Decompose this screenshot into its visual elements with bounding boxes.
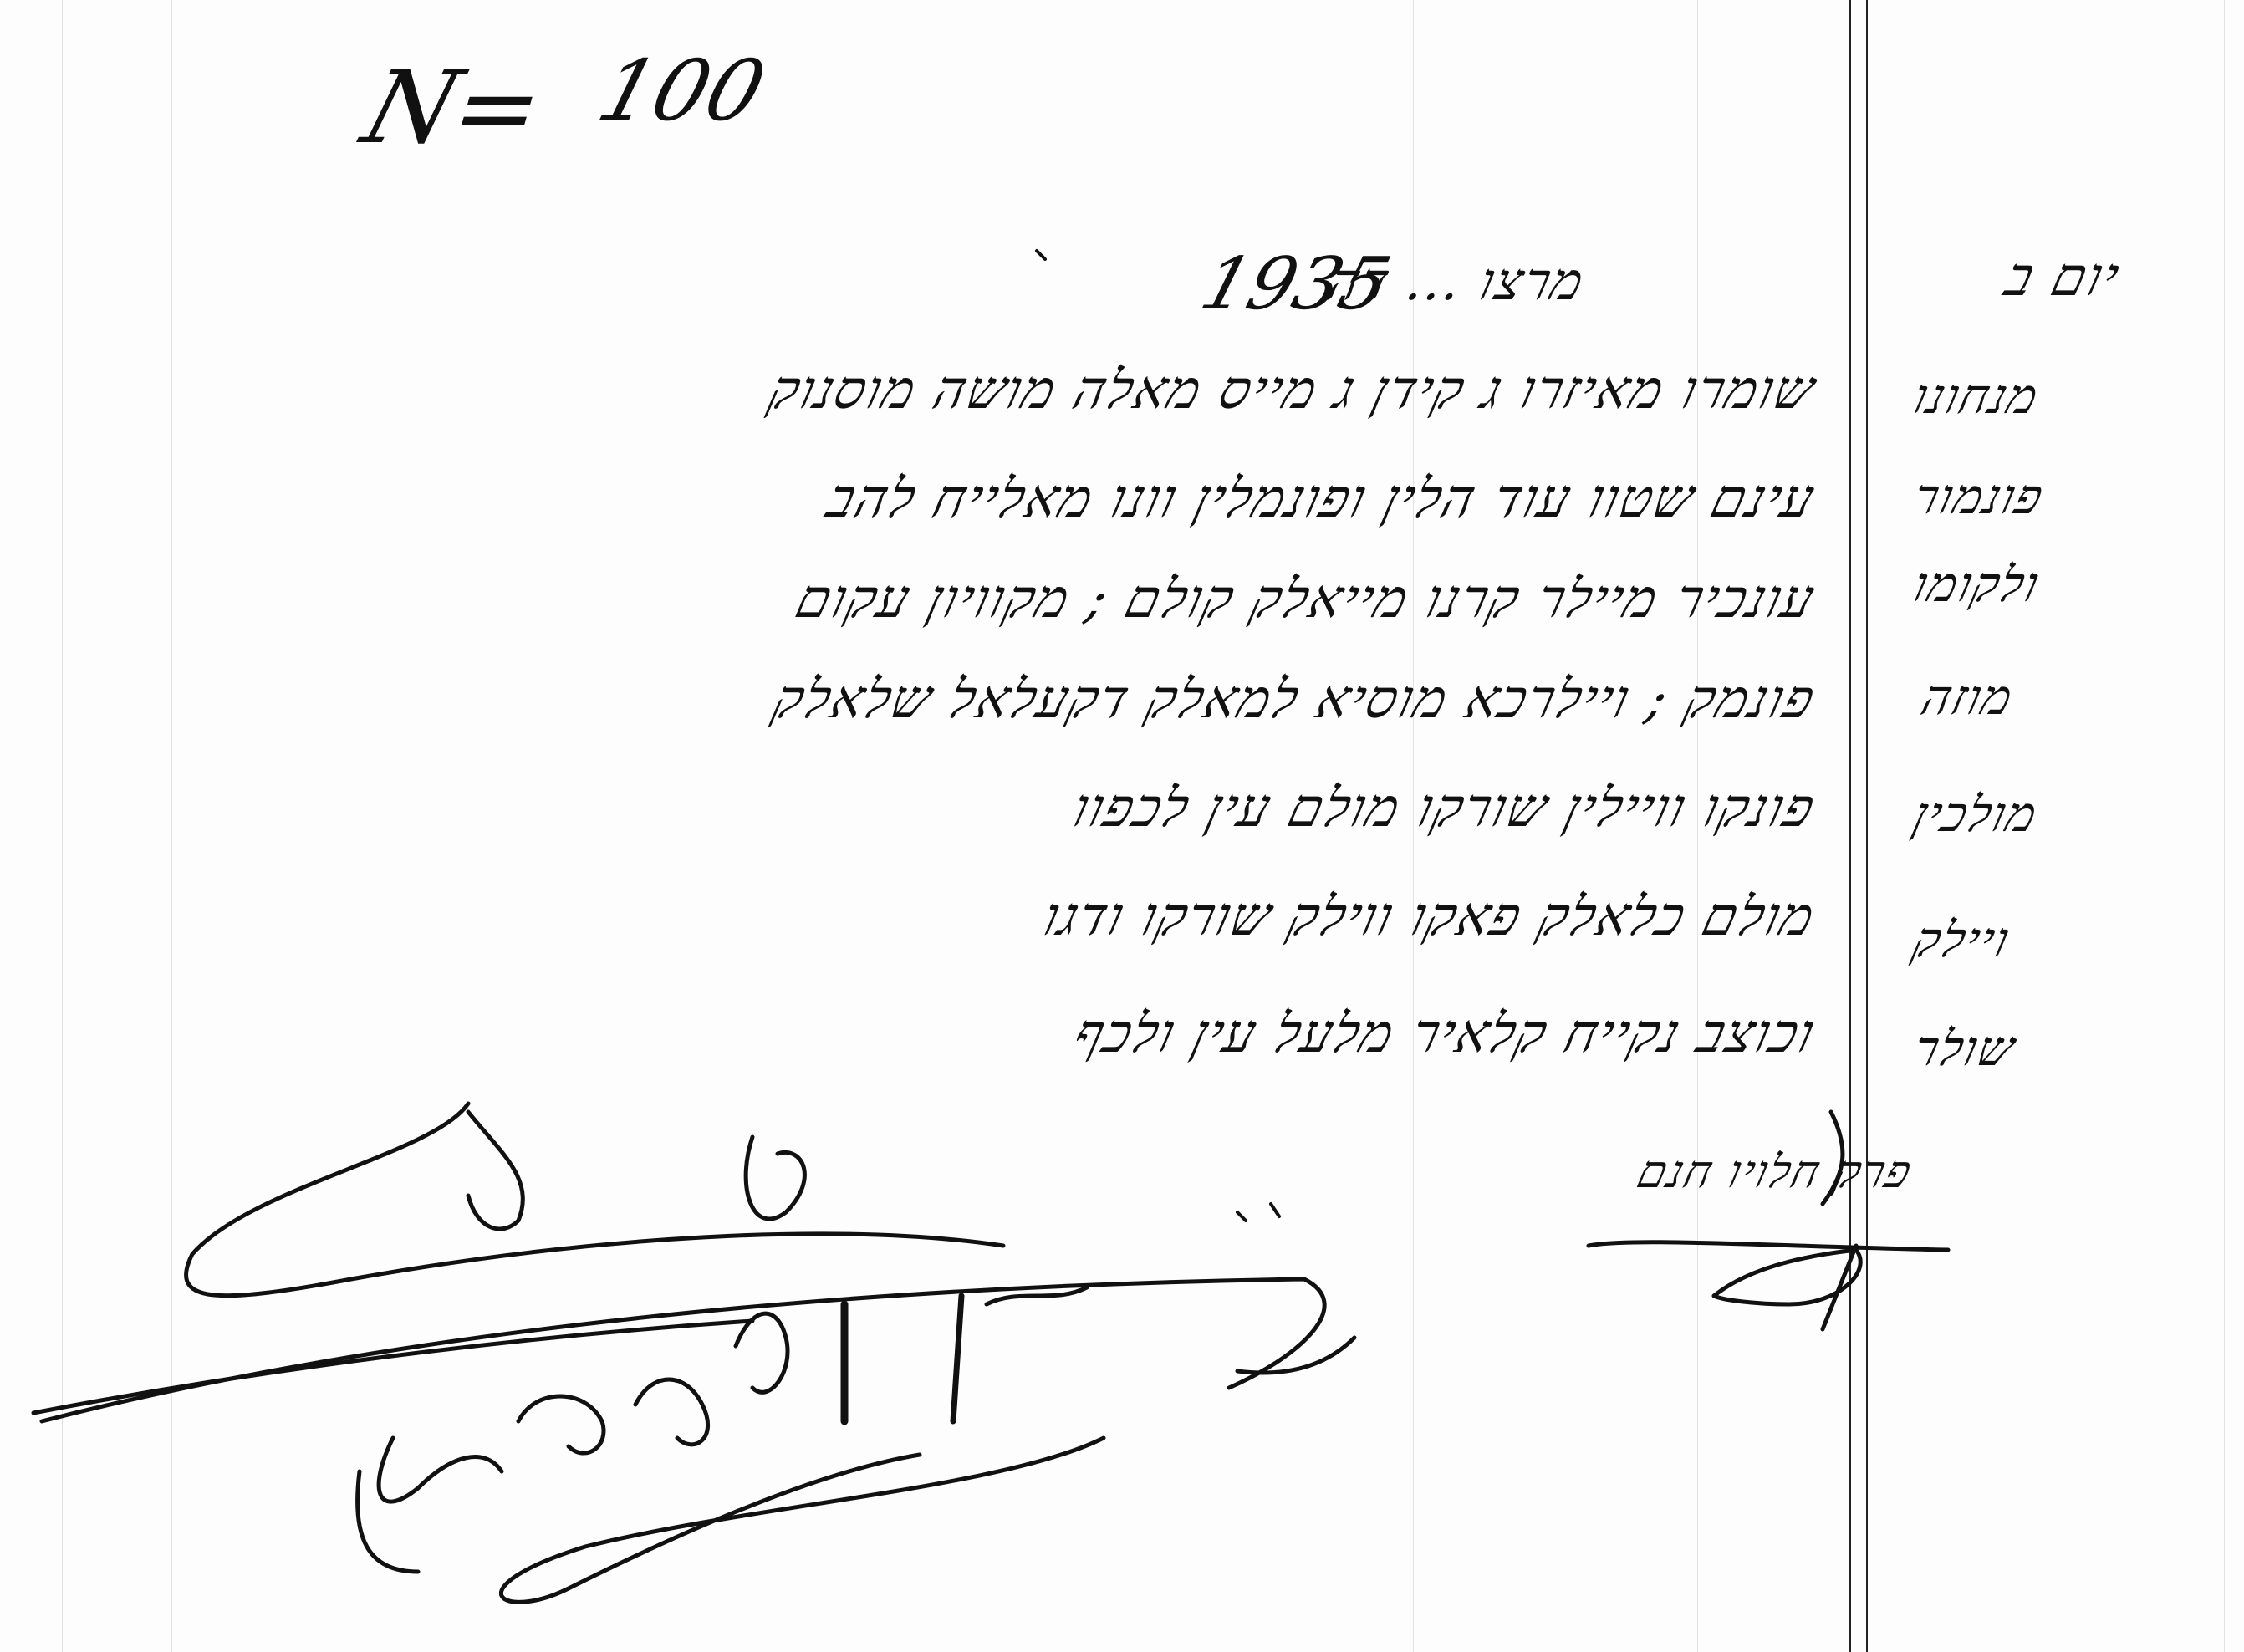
ink-marks-strokes bbox=[0, 0, 2244, 1652]
document-page: N= 100 יום ב מרצו ... דה 1935 מנחונו פונ… bbox=[0, 0, 2244, 1652]
ink-marks bbox=[0, 0, 2244, 1652]
